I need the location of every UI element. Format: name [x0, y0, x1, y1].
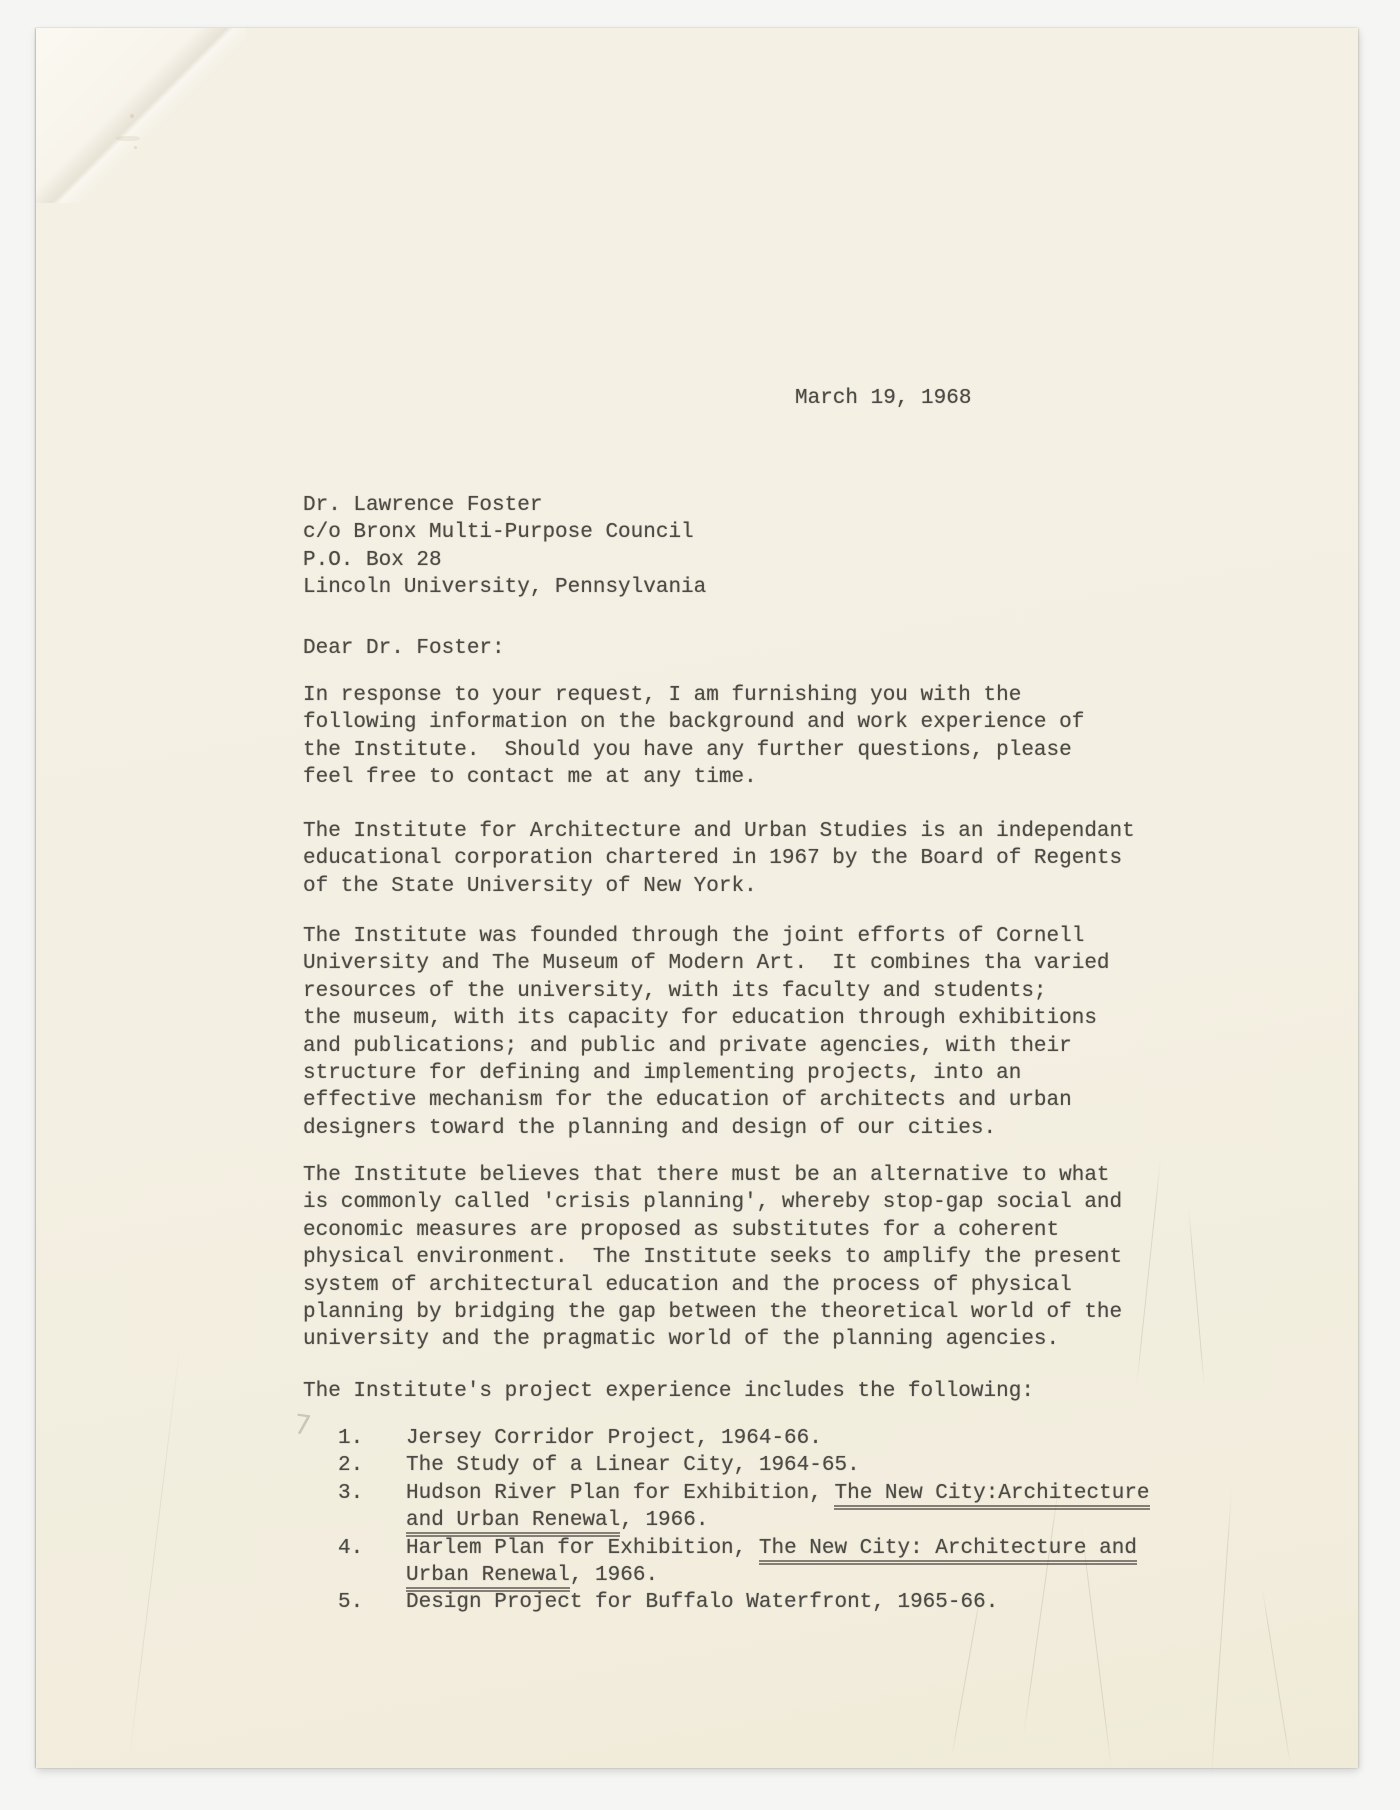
text-line: The Institute believes that there must b… — [303, 1162, 1122, 1189]
list-item: 4.Harlem Plan for Exhibition, The New Ci… — [338, 1535, 1150, 1562]
list-item-text: Harlem Plan for Exhibition, The New City… — [406, 1535, 1137, 1562]
date-line: March 19, 1968 — [795, 385, 971, 412]
list-item-text: Design Project for Buffalo Waterfront, 1… — [406, 1589, 998, 1616]
text-line: following information on the background … — [303, 709, 1084, 736]
project-list: 1.Jersey Corridor Project, 1964-66. 2.Th… — [338, 1425, 1150, 1617]
text-line: is commonly called 'crisis planning', wh… — [303, 1189, 1122, 1216]
text-line: structure for defining and implementing … — [303, 1060, 1110, 1087]
text-line: physical environment. The Institute seek… — [303, 1244, 1122, 1271]
list-item-number: 5. — [338, 1589, 406, 1616]
letter-page: March 19, 1968 Dr. Lawrence Foster c/o B… — [36, 28, 1358, 1768]
list-item-text: Jersey Corridor Project, 1964-66. — [406, 1425, 822, 1452]
list-item: 2.The Study of a Linear City, 1964-65. — [338, 1452, 1150, 1479]
recipient-address: Dr. Lawrence Foster c/o Bronx Multi-Purp… — [303, 492, 706, 602]
text-line: planning by bridging the gap between the… — [303, 1299, 1122, 1326]
scan-background: March 19, 1968 Dr. Lawrence Foster c/o B… — [0, 0, 1400, 1810]
body-paragraph-1: In response to your request, I am furnis… — [303, 682, 1084, 792]
body-paragraph-2: The Institute for Architecture and Urban… — [303, 818, 1135, 900]
paper-speck — [116, 136, 140, 141]
list-item-number — [338, 1507, 406, 1534]
list-item-number — [338, 1562, 406, 1589]
text-line: the museum, with its capacity for educat… — [303, 1005, 1110, 1032]
text-line: and publications; and public and private… — [303, 1033, 1110, 1060]
paper-speck — [134, 146, 137, 149]
text-line: system of architectural education and th… — [303, 1272, 1122, 1299]
text-line: the Institute. Should you have any furth… — [303, 737, 1084, 764]
list-item-continuation: and Urban Renewal, 1966. — [338, 1507, 1150, 1534]
list-item-text: The Study of a Linear City, 1964-65. — [406, 1452, 860, 1479]
list-item-number: 3. — [338, 1480, 406, 1507]
text-line: of the State University of New York. — [303, 873, 1135, 900]
list-item: 5.Design Project for Buffalo Waterfront,… — [338, 1589, 1150, 1616]
text-line: resources of the university, with its fa… — [303, 978, 1110, 1005]
pencil-mark: 7 — [292, 1409, 313, 1442]
paper-wrinkle — [1262, 1589, 1291, 1767]
text-line: university and the pragmatic world of th… — [303, 1326, 1122, 1353]
list-item-number: 1. — [338, 1425, 406, 1452]
underlined-title: The New City: Architecture and — [759, 1537, 1137, 1565]
underlined-title: The New City:Architecture — [834, 1482, 1149, 1510]
list-item-number: 4. — [338, 1535, 406, 1562]
salutation: Dear Dr. Foster: — [303, 635, 505, 662]
paper-crease — [128, 1340, 181, 1767]
text-line: feel free to contact me at any time. — [303, 764, 1084, 791]
fold-crease-top-left — [36, 28, 246, 203]
list-item-text: and Urban Renewal, 1966. — [406, 1507, 708, 1534]
text-line: effective mechanism for the education of… — [303, 1087, 1110, 1114]
project-list-intro: The Institute's project experience inclu… — [303, 1378, 1034, 1405]
text-line: economic measures are proposed as substi… — [303, 1217, 1122, 1244]
list-item-text: Urban Renewal, 1966. — [406, 1562, 658, 1589]
text-line: educational corporation chartered in 196… — [303, 845, 1135, 872]
text-line: In response to your request, I am furnis… — [303, 682, 1084, 709]
address-line: P.O. Box 28 — [303, 547, 706, 574]
list-item: 1.Jersey Corridor Project, 1964-66. — [338, 1425, 1150, 1452]
list-item-continuation: Urban Renewal, 1966. — [338, 1562, 1150, 1589]
list-item: 3.Hudson River Plan for Exhibition, The … — [338, 1480, 1150, 1507]
address-line: Lincoln University, Pennsylvania — [303, 574, 706, 601]
body-paragraph-4: The Institute believes that there must b… — [303, 1162, 1122, 1354]
paper-wrinkle — [1188, 1208, 1205, 1387]
text-line: University and The Museum of Modern Art.… — [303, 950, 1110, 977]
list-item-number: 2. — [338, 1452, 406, 1479]
list-item-text: Hudson River Plan for Exhibition, The Ne… — [406, 1480, 1150, 1507]
paper-speck — [130, 114, 134, 118]
underlined-title: Urban Renewal — [406, 1564, 570, 1592]
text-line: The Institute was founded through the jo… — [303, 923, 1110, 950]
text-line: designers toward the planning and design… — [303, 1115, 1110, 1142]
address-line: c/o Bronx Multi-Purpose Council — [303, 519, 706, 546]
body-paragraph-3: The Institute was founded through the jo… — [303, 923, 1110, 1142]
paper-wrinkle — [1211, 1488, 1232, 1777]
text-line: The Institute for Architecture and Urban… — [303, 818, 1135, 845]
paper-wrinkle — [1136, 1159, 1161, 1388]
address-line: Dr. Lawrence Foster — [303, 492, 706, 519]
underlined-title: and Urban Renewal — [406, 1509, 620, 1537]
